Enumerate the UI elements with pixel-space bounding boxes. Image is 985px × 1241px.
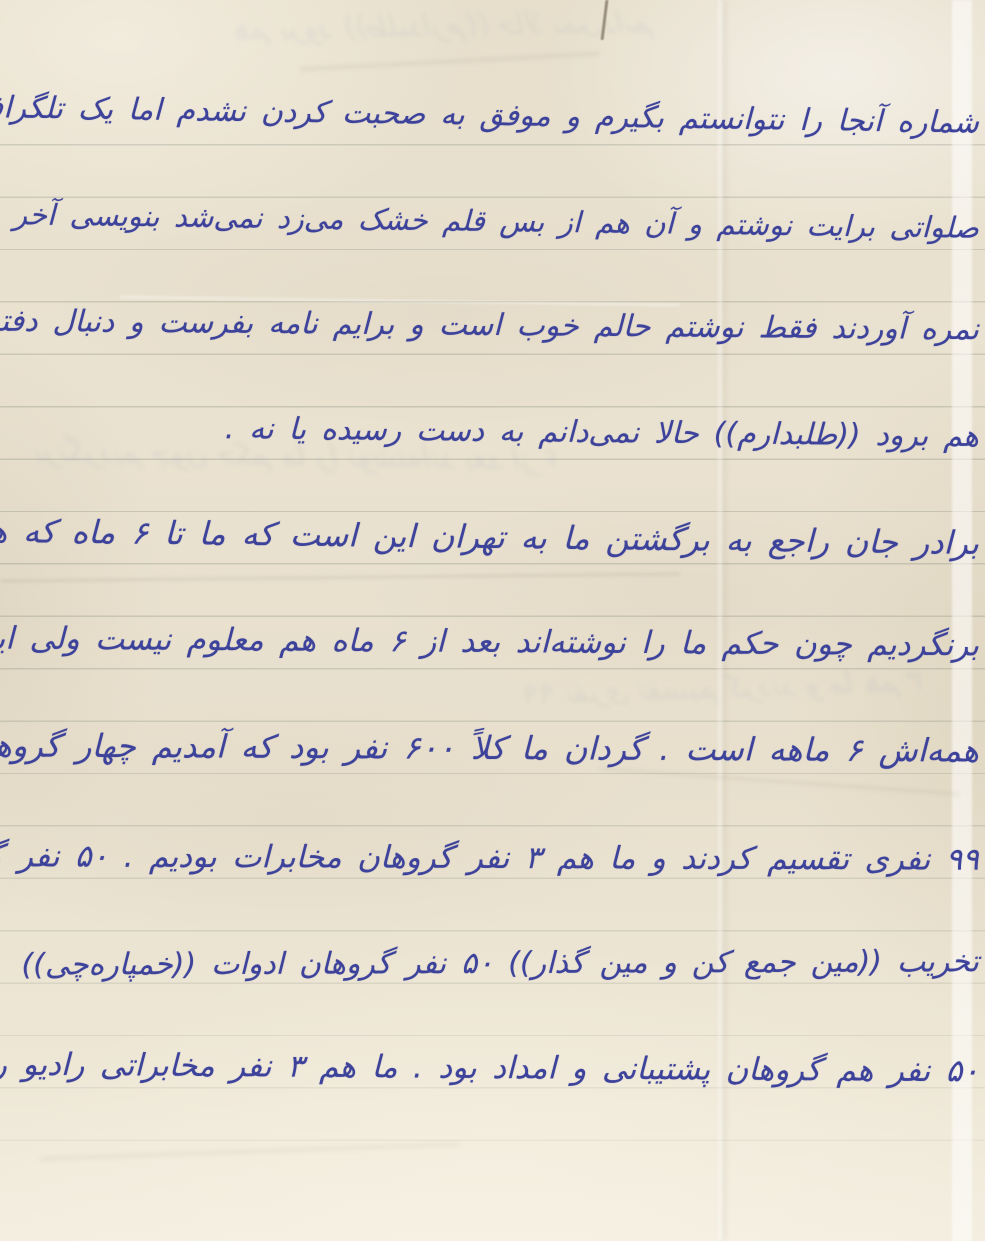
- handwritten-line-1: شماره آنجا را نتوانستم بگیرم و موفق به ص…: [6, 88, 980, 144]
- handwritten-line-9: تخریب ((مین جمع کن و مین گذار)) ۵۰ نفر گ…: [6, 942, 979, 986]
- handwriting-layer: شماره آنجا را نتوانستم بگیرم و موفق به ص…: [0, 0, 985, 1241]
- handwritten-line-4: هم برود ((طلبدارم)) حالا نمی‌دانم به دست…: [6, 407, 979, 458]
- handwritten-line-3: نمره آوردند فقط نوشتم حالم خوب است و برا…: [6, 302, 979, 351]
- handwritten-line-5: برادر جان راجع به برگشتن ما به تهران این…: [6, 510, 979, 565]
- handwritten-line-7: همه‌اش ۶ ماهه است . گردان ما کلاً ۶۰۰ نف…: [6, 724, 979, 772]
- letter-page: هم برود ((طلبدارم)) حالا نمی‌دانم به دست…: [0, 0, 985, 1241]
- handwritten-line-6: برنگردیم چون حکم ما را نوشته‌اند بعد از …: [6, 619, 979, 668]
- handwritten-line-8: ۹۹ نفری تقسیم کردند و ما هم ۳ نفر گروهان…: [6, 836, 979, 881]
- handwritten-line-10: ۵۰ نفر هم گروهان پشتیبانی و امداد بود . …: [6, 1045, 979, 1094]
- handwritten-line-2: صلواتی برایت نوشتم و آن هم از بس قلم خشک…: [6, 195, 979, 248]
